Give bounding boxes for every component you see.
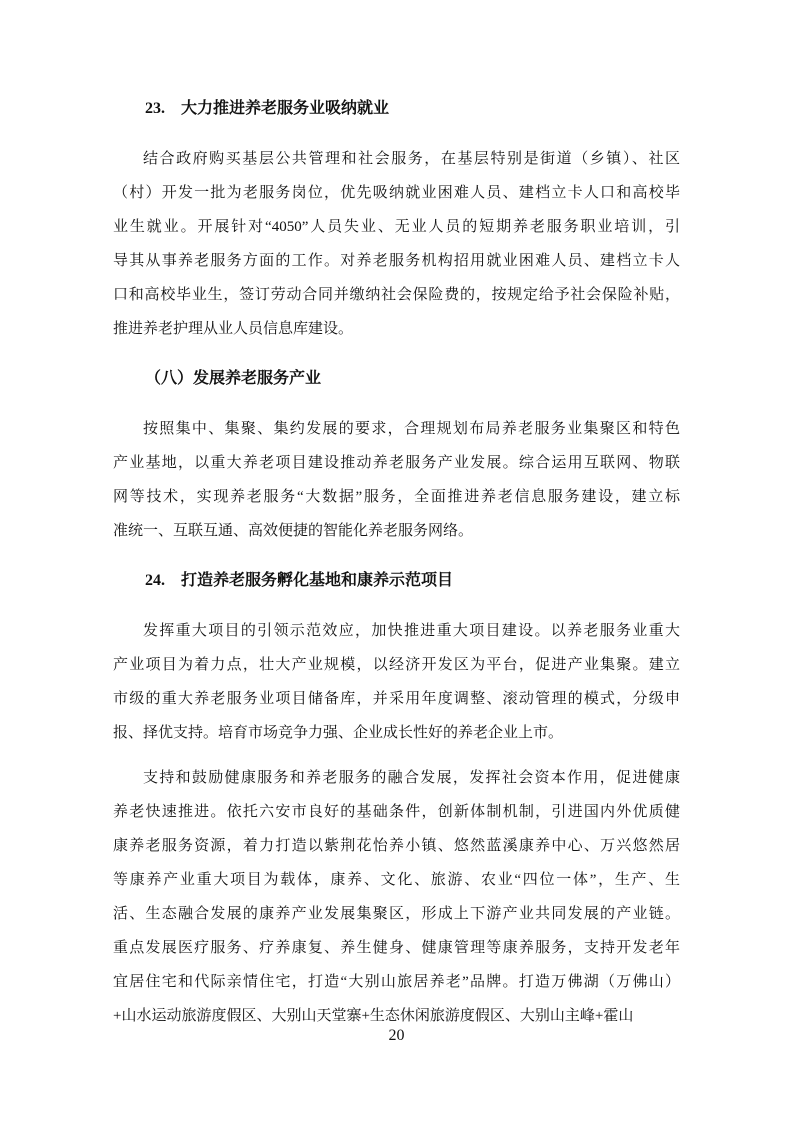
paragraph-health-care-integration: 支持和鼓励健康服务和养老服务的融合发展，发挥社会资本作用，促进健康养老快速推进。… — [113, 761, 680, 1033]
text-line: 支持和鼓励健康服务和养老服务的融合发展，发挥社会资本作用，促进健康 — [113, 761, 680, 795]
text-line: 导其从事养老服务方面的工作。对养老服务机构招用就业困难人员、建档立卡人 — [113, 244, 680, 278]
text-line: 宜居住宅和代际亲情住宅，打造“大别山旅居养老”品牌。打造万佛湖（万佛山） — [113, 965, 680, 999]
text-line: 业生就业。开展针对“4050”人员失业、无业人员的短期养老服务职业培训，引 — [113, 210, 680, 244]
text-line: 重点发展医疗服务、疗养康复、养生健身、健康管理等康养服务，支持开发老年 — [113, 931, 680, 965]
text-line: 产业项目为着力点，壮大产业规模，以经济开发区为平台，促进产业集聚。建立 — [113, 648, 680, 682]
paragraph-employment: 结合政府购买基层公共管理和社会服务，在基层特别是街道（乡镇）、社区（村）开发一批… — [113, 142, 680, 346]
section-heading-8: （八）发展养老服务产业 — [113, 366, 680, 392]
text-line: 等康养产业重大项目为载体，康养、文化、旅游、农业“四位一体”，生产、生 — [113, 863, 680, 897]
text-line: 推进养老护理从业人员信息库建设。 — [113, 312, 680, 346]
page-number: 20 — [0, 1026, 793, 1046]
text-line: 市级的重大养老服务业项目储备库，并采用年度调整、滚动管理的模式，分级申 — [113, 682, 680, 716]
text-line: 康养老服务资源，着力打造以紫荆花怡养小镇、悠然蓝溪康养中心、万兴悠然居 — [113, 829, 680, 863]
text-line: 口和高校毕业生，签订劳动合同并缴纳社会保险费的，按规定给予社会保险补贴， — [113, 278, 680, 312]
text-line: 产业基地，以重大养老项目建设推动养老服务产业发展。综合运用互联网、物联 — [113, 446, 680, 480]
text-line: 活、生态融合发展的康养产业发展集聚区，形成上下游产业共同发展的产业链。 — [113, 897, 680, 931]
paragraph-major-projects: 发挥重大项目的引领示范效应，加快推进重大项目建设。以养老服务业重大产业项目为着力… — [113, 614, 680, 750]
section-heading-23: 23. 大力推进养老服务业吸纳就业 — [113, 96, 680, 122]
text-line: （村）开发一批为老服务岗位，优先吸纳就业困难人员、建档立卡人口和高校毕 — [113, 176, 680, 210]
document-page: 23. 大力推进养老服务业吸纳就业 结合政府购买基层公共管理和社会服务，在基层特… — [0, 0, 793, 1122]
text-line: 结合政府购买基层公共管理和社会服务，在基层特别是街道（乡镇）、社区 — [113, 142, 680, 176]
text-line: 养老快速推进。依托六安市良好的基础条件，创新体制机制，引进国内外优质健 — [113, 795, 680, 829]
text-line: 报、择优支持。培育市场竞争力强、企业成长性好的养老企业上市。 — [113, 716, 680, 750]
paragraph-industry-planning: 按照集中、集聚、集约发展的要求，合理规划布局养老服务业集聚区和特色产业基地，以重… — [113, 412, 680, 548]
text-line: 准统一、互联互通、高效便捷的智能化养老服务网络。 — [113, 514, 680, 548]
text-line: 按照集中、集聚、集约发展的要求，合理规划布局养老服务业集聚区和特色 — [113, 412, 680, 446]
text-line: 网等技术，实现养老服务“大数据”服务，全面推进养老信息服务建设，建立标 — [113, 480, 680, 514]
text-line: 发挥重大项目的引领示范效应，加快推进重大项目建设。以养老服务业重大 — [113, 614, 680, 648]
section-heading-24: 24. 打造养老服务孵化基地和康养示范项目 — [113, 568, 680, 594]
